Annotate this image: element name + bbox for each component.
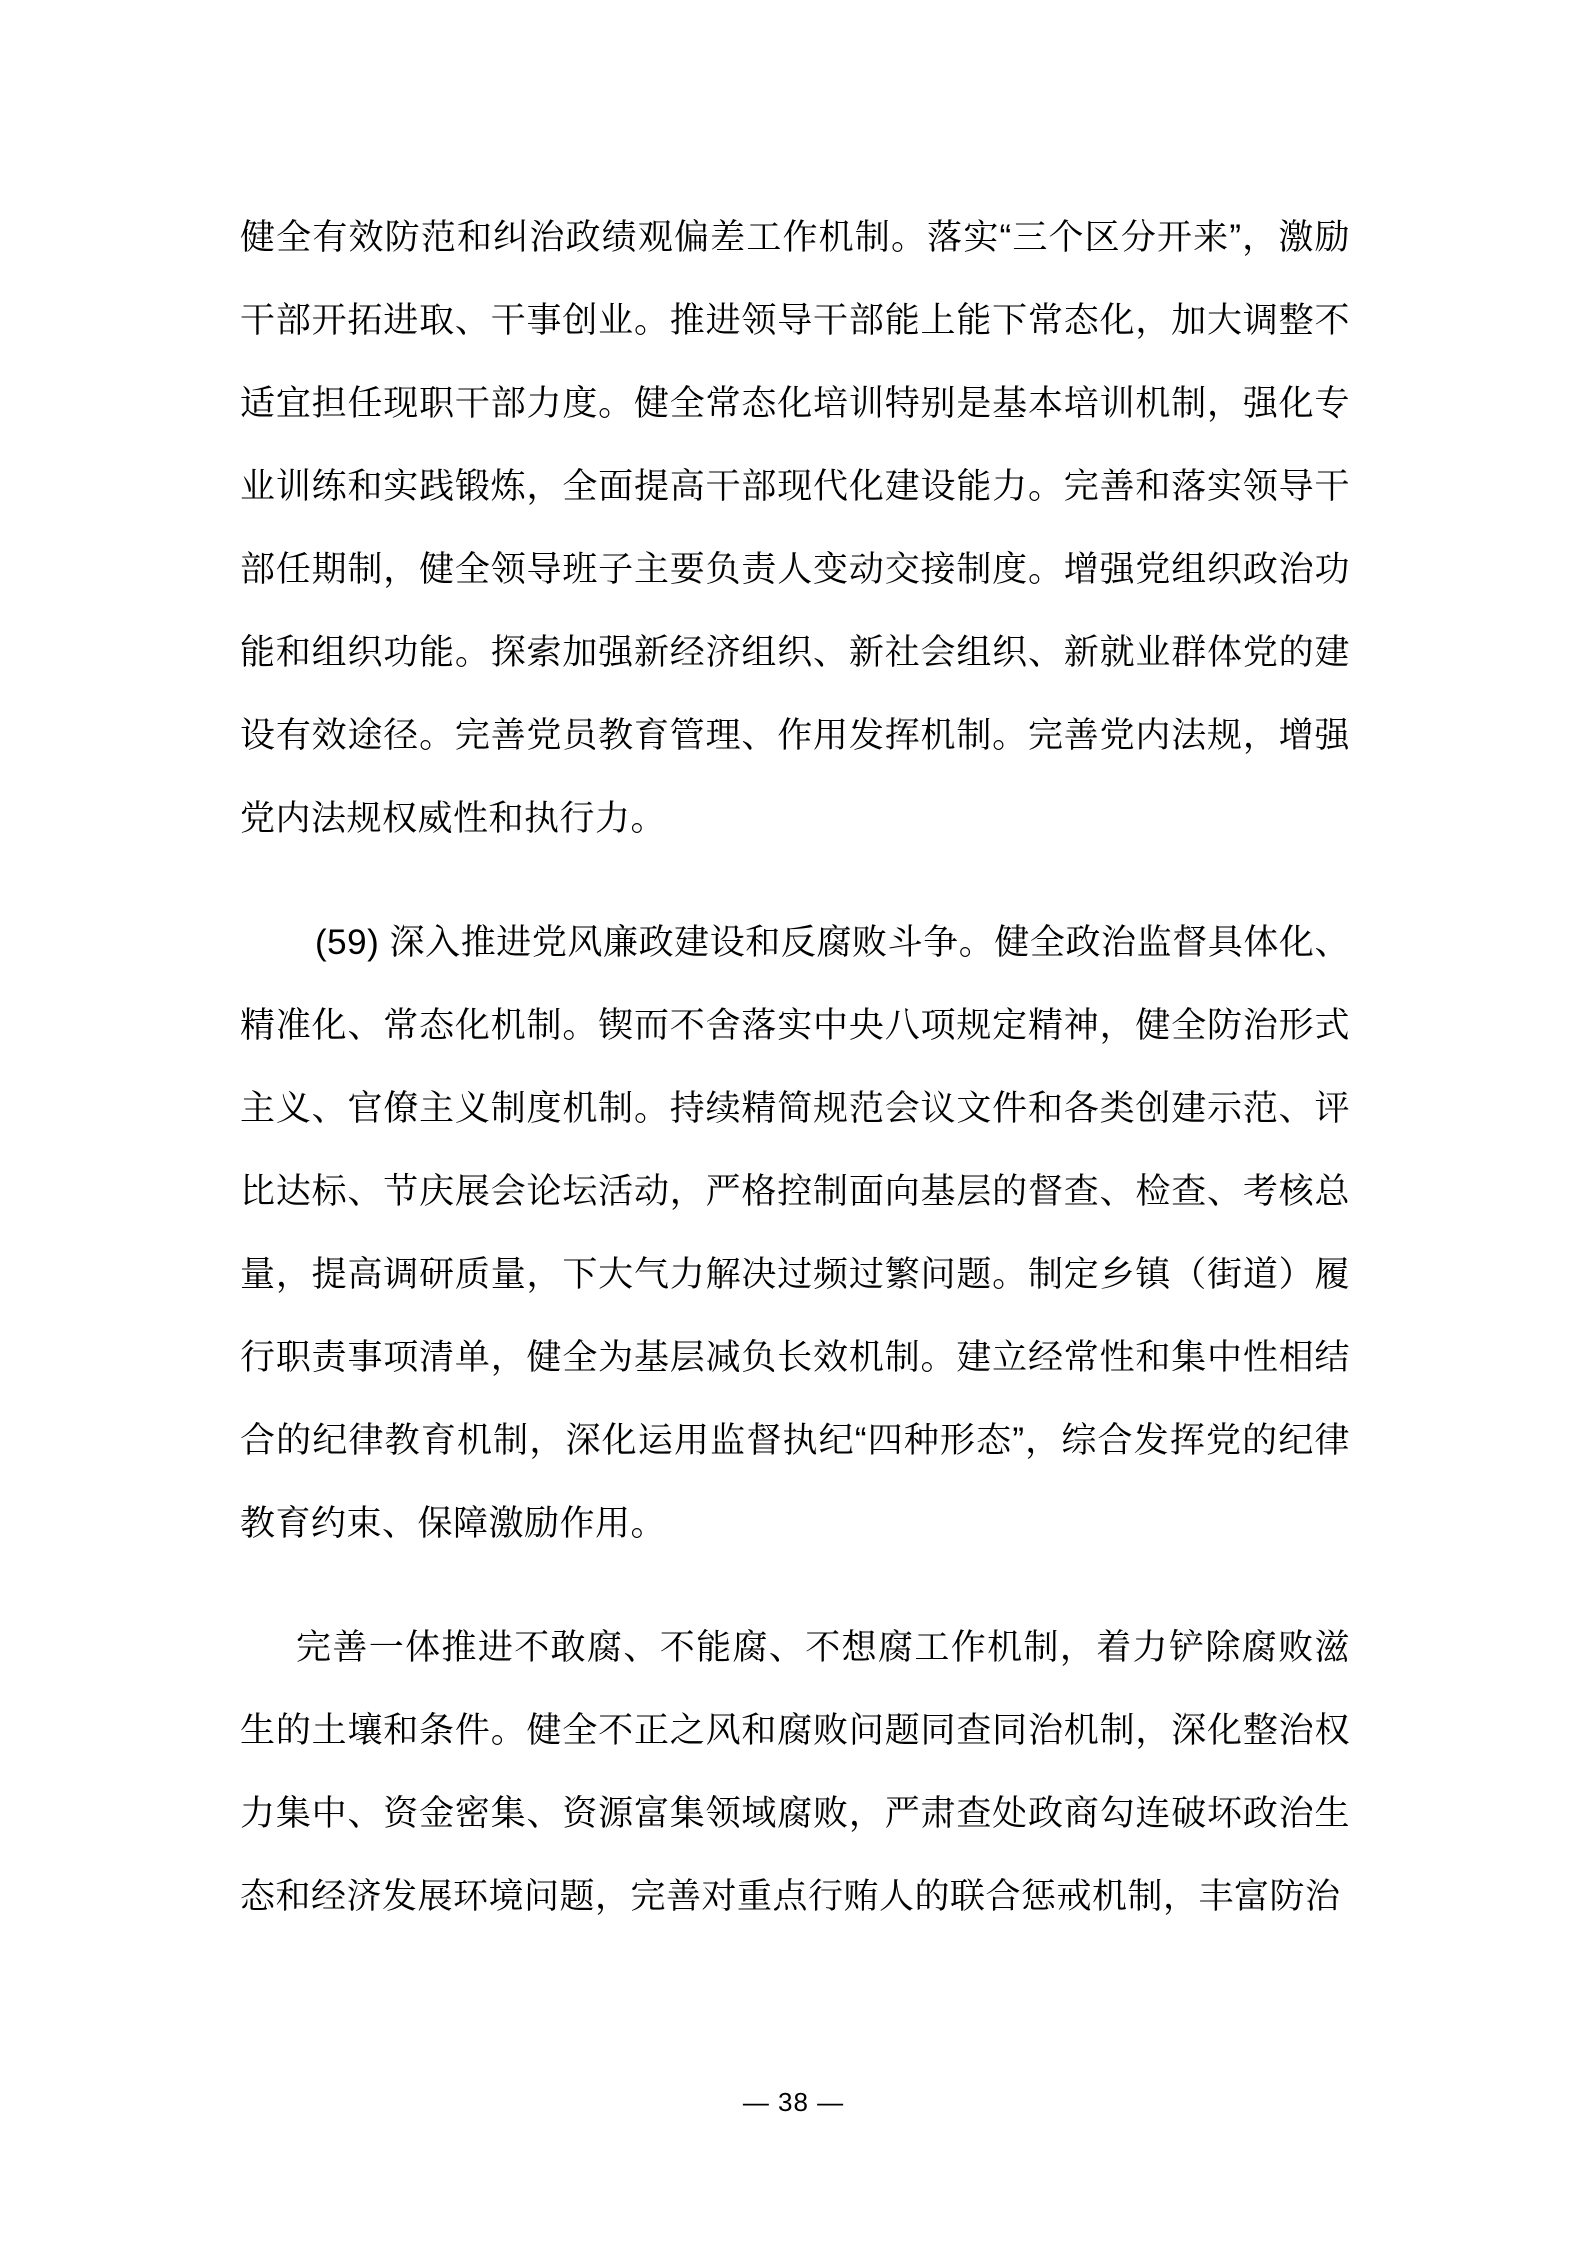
text-block: 健全有效防范和纠治政绩观偏差工作机制。落实“三个区分开来”，激励干部开拓进取、干… [240,196,1350,1979]
paragraph-anticorruption: 完善一体推进不敢腐、不能腐、不想腐工作机制，着力铲除腐败滋生的土壤和条件。健全不… [240,1606,1350,1938]
paragraph-item-59: (59) 深入推进党风廉政建设和反腐败斗争。健全政治监督具体化、精准化、常态化机… [240,901,1350,1565]
document-page: 健全有效防范和纠治政绩观偏差工作机制。落实“三个区分开来”，激励干部开拓进取、干… [0,0,1587,2245]
page-number: — 38 — [0,2086,1587,2118]
paragraph-continuation: 健全有效防范和纠治政绩观偏差工作机制。落实“三个区分开来”，激励干部开拓进取、干… [240,196,1350,860]
